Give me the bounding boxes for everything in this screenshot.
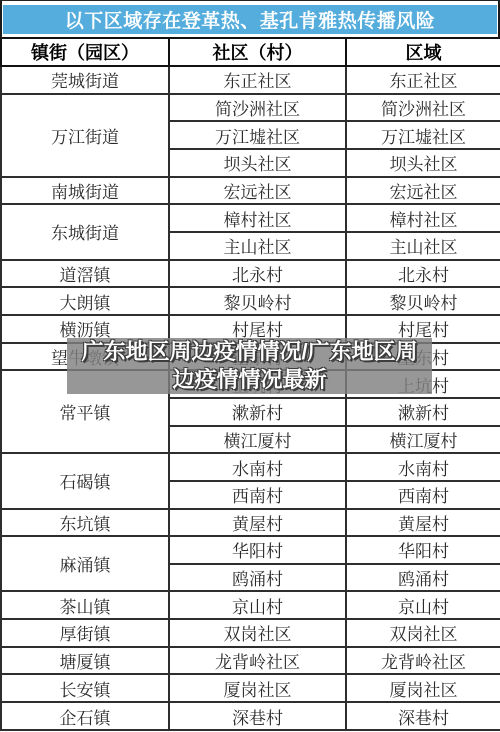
header-area: 区域 (346, 38, 500, 66)
table-row: 石碣镇水南村水南村 (1, 453, 500, 481)
community-cell: 京山村 (169, 591, 346, 619)
community-cell: 水南村 (169, 453, 346, 481)
area-cell: 水南村 (346, 453, 500, 481)
area-cell: 西南村 (346, 481, 500, 509)
area-cell: 万江墟社区 (346, 121, 500, 149)
town-cell: 东坑镇 (1, 509, 169, 537)
area-cell: 坝头社区 (346, 149, 500, 177)
community-cell: 横江厦村 (169, 426, 346, 454)
table-row: 麻涌镇华阳村华阳村 (1, 536, 500, 564)
left-border-edge (0, 1, 2, 39)
area-cell: 主山社区 (346, 232, 500, 260)
table-row: 莞城街道东正社区东正社区 (1, 66, 500, 94)
area-cell: 北永村 (346, 260, 500, 288)
community-cell: 黎贝岭村 (169, 287, 346, 315)
table-row: 东坑镇黄屋村黄屋村 (1, 509, 500, 537)
area-cell: 黄屋村 (346, 509, 500, 537)
town-cell: 长安镇 (1, 674, 169, 702)
community-cell: 龙背岭社区 (169, 647, 346, 675)
area-cell: 东正社区 (346, 66, 500, 94)
risk-banner-title: 以下区域存在登革热、基孔肯雅热传播风险 (3, 5, 497, 34)
risk-table-body: 莞城街道东正社区东正社区万江街道简沙洲社区简沙洲社区万江墟社区万江墟社区坝头社区… (1, 66, 500, 730)
table-row: 大朗镇黎贝岭村黎贝岭村 (1, 287, 500, 315)
town-cell: 望牛墩镇 (1, 343, 169, 371)
area-cell: 望东村 (346, 343, 500, 371)
community-cell: 望东村 (169, 343, 346, 371)
area-cell: 樟村社区 (346, 204, 500, 232)
town-cell: 厚街镇 (1, 619, 169, 647)
town-cell: 常平镇 (1, 370, 169, 453)
table-header-row: 镇街（园区） 社区（村） 区域 (1, 38, 500, 66)
community-cell: 西南村 (169, 481, 346, 509)
area-cell: 厦岗社区 (346, 674, 500, 702)
town-cell: 塘厦镇 (1, 647, 169, 675)
table-row: 茶山镇京山村京山村 (1, 591, 500, 619)
table-row: 长安镇厦岗社区厦岗社区 (1, 674, 500, 702)
town-cell: 道滘镇 (1, 260, 169, 288)
table-row: 横沥镇村尾村村尾村 (1, 315, 500, 343)
table-row: 东城街道樟村社区樟村社区 (1, 204, 500, 232)
area-cell: 京山村 (346, 591, 500, 619)
area-cell: 龙背岭社区 (346, 647, 500, 675)
community-cell: 深巷村 (169, 702, 346, 730)
town-cell: 万江街道 (1, 94, 169, 177)
town-cell: 东城街道 (1, 204, 169, 259)
community-cell: 鸥涌村 (169, 564, 346, 592)
community-cell: 双岗社区 (169, 619, 346, 647)
community-cell: 主山社区 (169, 232, 346, 260)
community-cell: 简沙洲社区 (169, 94, 346, 122)
area-cell: 横江厦村 (346, 426, 500, 454)
area-cell: 漱新村 (346, 398, 500, 426)
table-row: 厚街镇双岗社区双岗社区 (1, 619, 500, 647)
table-row: 南城街道宏远社区宏远社区 (1, 177, 500, 205)
area-cell: 上坑村 (346, 370, 500, 398)
town-cell: 麻涌镇 (1, 536, 169, 591)
community-cell: 樟村社区 (169, 204, 346, 232)
town-cell: 莞城街道 (1, 66, 169, 94)
community-cell: 宏远社区 (169, 177, 346, 205)
community-cell: 坝头社区 (169, 149, 346, 177)
community-cell: 厦岗社区 (169, 674, 346, 702)
community-cell: 东正社区 (169, 66, 346, 94)
area-cell: 黎贝岭村 (346, 287, 500, 315)
area-cell: 鸥涌村 (346, 564, 500, 592)
town-cell: 南城街道 (1, 177, 169, 205)
table-row: 万江街道简沙洲社区简沙洲社区 (1, 94, 500, 122)
town-cell: 横沥镇 (1, 315, 169, 343)
area-cell: 华阳村 (346, 536, 500, 564)
table-row: 企石镇深巷村深巷村 (1, 702, 500, 730)
header-town: 镇街（园区） (1, 38, 169, 66)
community-cell: 黄屋村 (169, 509, 346, 537)
community-cell: 华阳村 (169, 536, 346, 564)
area-cell: 深巷村 (346, 702, 500, 730)
town-cell: 企石镇 (1, 702, 169, 730)
town-cell: 茶山镇 (1, 591, 169, 619)
area-cell: 宏远社区 (346, 177, 500, 205)
community-cell: 上坑村 (169, 370, 346, 398)
table-row: 常平镇上坑村上坑村 (1, 370, 500, 398)
community-cell: 村尾村 (169, 315, 346, 343)
area-cell: 简沙洲社区 (346, 94, 500, 122)
area-cell: 村尾村 (346, 315, 500, 343)
community-cell: 万江墟社区 (169, 121, 346, 149)
risk-notice-page: 以下区域存在登革热、基孔肯雅热传播风险 镇街（园区） 社区（村） 区域 莞城街道… (0, 0, 500, 732)
community-cell: 漱新村 (169, 398, 346, 426)
town-cell: 石碣镇 (1, 453, 169, 508)
header-community: 社区（村） (169, 38, 346, 66)
table-row: 望牛墩镇望东村望东村 (1, 343, 500, 371)
risk-area-table: 镇街（园区） 社区（村） 区域 莞城街道东正社区东正社区万江街道简沙洲社区简沙洲… (0, 37, 500, 731)
area-cell: 双岗社区 (346, 619, 500, 647)
community-cell: 北永村 (169, 260, 346, 288)
table-row: 塘厦镇龙背岭社区龙背岭社区 (1, 647, 500, 675)
town-cell: 大朗镇 (1, 287, 169, 315)
table-row: 道滘镇北永村北永村 (1, 260, 500, 288)
